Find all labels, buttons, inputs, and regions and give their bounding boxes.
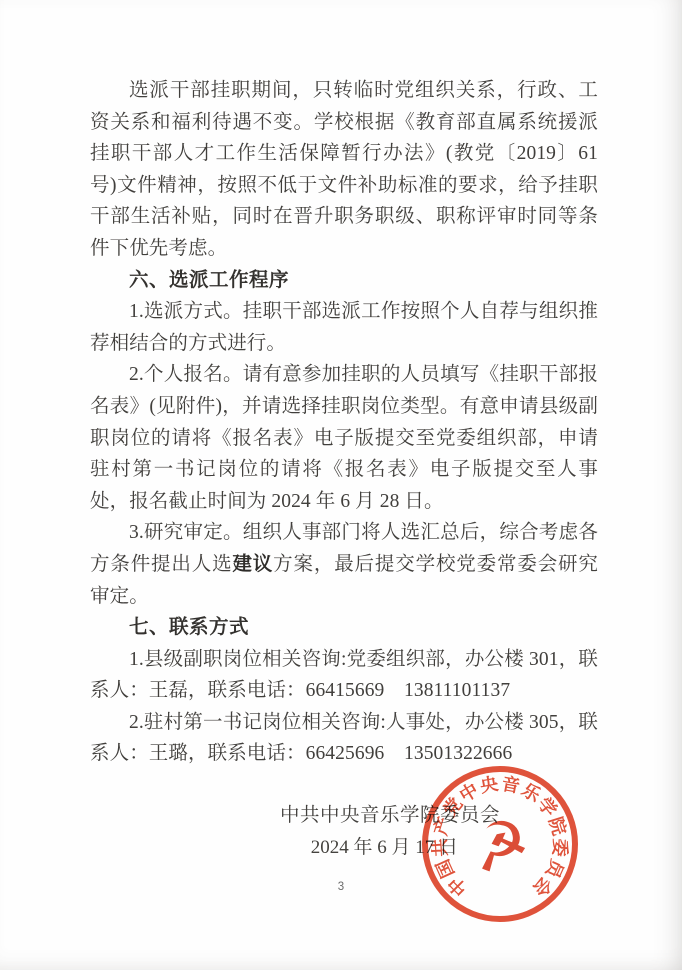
seal-ring-char: 音: [500, 773, 521, 797]
paragraph-contact-county: 1.县级副职岗位相关咨询:党委组织部，办公楼 301，联系人：王磊，联系电话：6…: [90, 644, 598, 707]
signature-date: 2024 年 6 月 17 日: [90, 832, 598, 864]
paragraph-benefits: 选派干部挂职期间，只转临时党组织关系，行政、工资关系和福利待遇不变。学校根据《教…: [90, 75, 598, 265]
paragraph-selection-method: 1.选派方式。挂职干部选派工作按照个人自荐与组织推荐相结合的方式进行。: [90, 296, 598, 359]
page-number: 3: [0, 881, 682, 893]
section-heading-6: 六、选派工作程序: [90, 265, 598, 297]
paragraph-personal-application: 2.个人报名。请有意参加挂职的人员填写《挂职干部报名表》(见附件)，并请选择挂职…: [90, 359, 598, 517]
paragraph-contact-village: 2.驻村第一书记岗位相关咨询:人事处，办公楼 305，联系人：王璐，联系电话：6…: [90, 707, 598, 770]
seal-ring-char: 央: [478, 773, 499, 797]
signature-organization: 中共中央音乐学院委员会: [90, 800, 598, 832]
paragraph-review-approval: 3.研究审定。组织人事部门将人选汇总后，综合考虑各方条件提出人选建议方案，最后提…: [90, 517, 598, 612]
review-text-bold: 建议: [232, 553, 273, 575]
section-heading-7: 七、联系方式: [90, 612, 598, 644]
document-page: 选派干部挂职期间，只转临时党组织关系，行政、工资关系和福利待遇不变。学校根据《教…: [0, 0, 682, 970]
signature-block: 中共中央音乐学院委员会 2024 年 6 月 17 日: [90, 800, 598, 863]
